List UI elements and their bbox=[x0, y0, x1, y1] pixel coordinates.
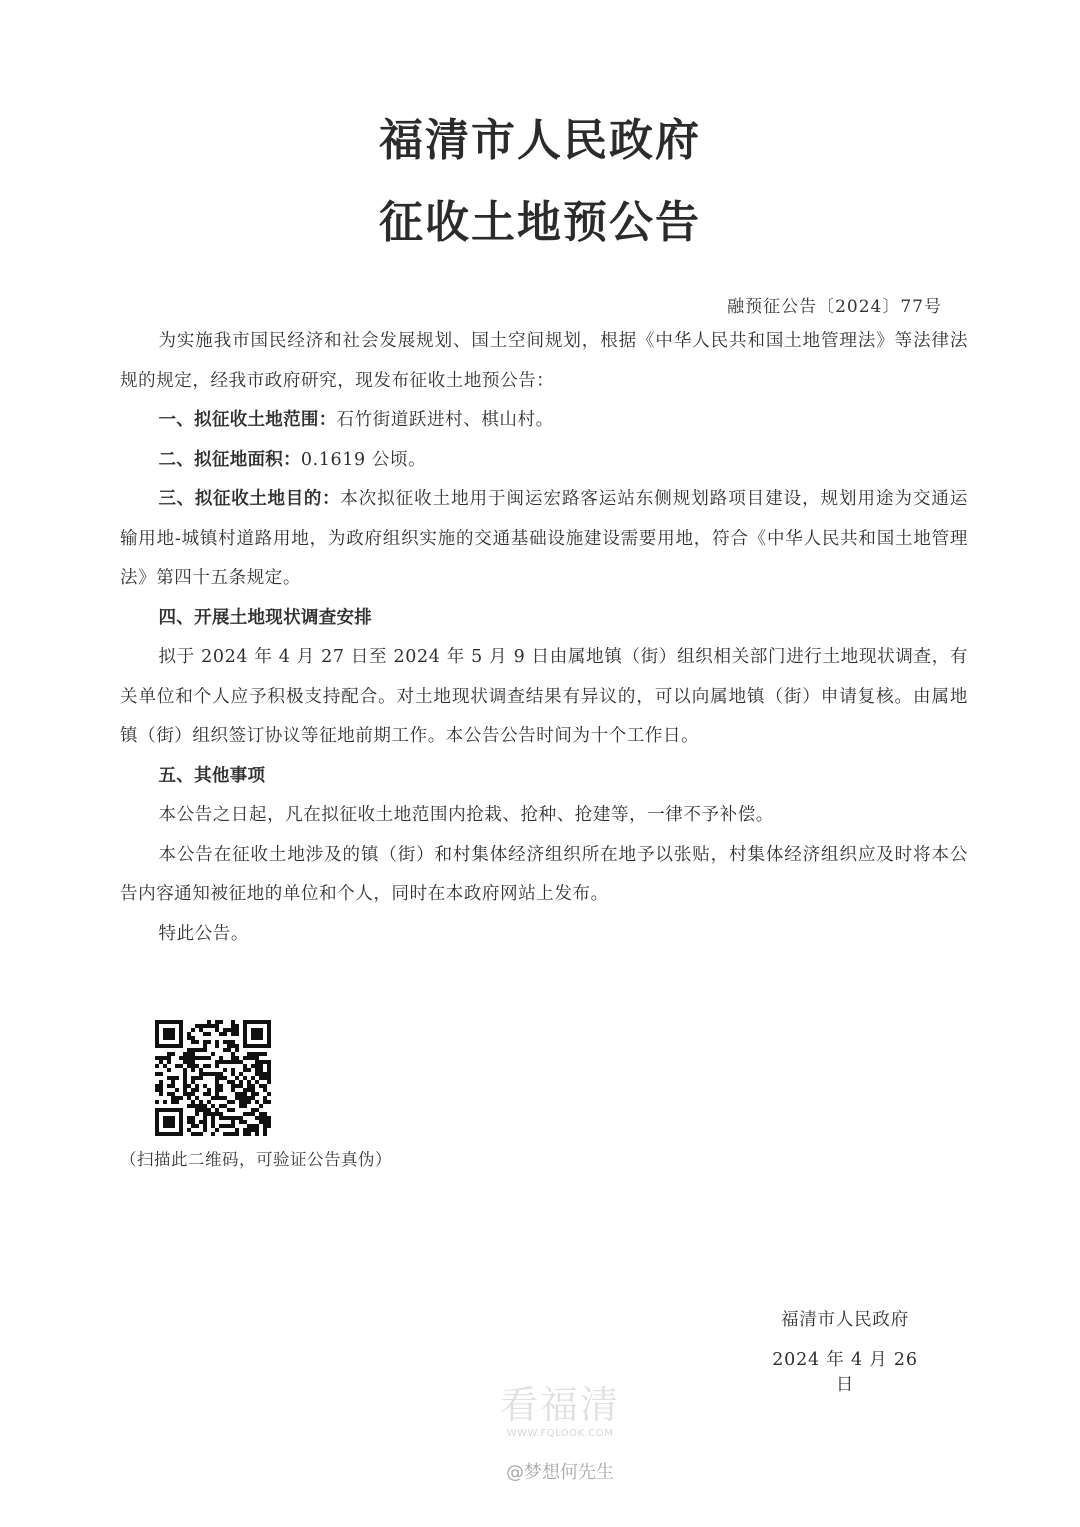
section-5-heading: 五、其他事项 bbox=[120, 757, 968, 797]
section-1-heading: 一、拟征收土地范围： bbox=[159, 410, 337, 430]
signing-organization: 福清市人民政府 bbox=[760, 1306, 930, 1331]
section-5-paragraph-1: 本公告之日起，凡在拟征收土地范围内抢栽、抢种、抢建等，一律不予补偿。 bbox=[120, 796, 968, 836]
section-1-text: 石竹街道跃进村、棋山村。 bbox=[337, 410, 554, 430]
qr-code-icon[interactable] bbox=[155, 1020, 271, 1136]
document-number: 融预征公告〔2024〕77号 bbox=[727, 292, 942, 317]
qr-caption: （扫描此二维码，可验证公告真伪） bbox=[120, 1146, 392, 1170]
section-4-heading: 四、开展土地现状调查安排 bbox=[120, 599, 968, 639]
signing-date: 2024 年 4 月 26 日 bbox=[760, 1346, 930, 1396]
closing-statement: 特此公告。 bbox=[120, 915, 968, 955]
intro-paragraph: 为实施我市国民经济和社会发展规划、国土空间规划，根据《中华人民共和国土地管理法》… bbox=[120, 322, 968, 401]
section-3-heading: 三、拟征收土地目的： bbox=[159, 489, 341, 509]
watermark-url: WWW.FQLOOK.COM bbox=[490, 1428, 630, 1439]
section-4-text: 拟于 2024 年 4 月 27 日至 2024 年 5 月 9 日由属地镇（街… bbox=[120, 638, 968, 757]
section-2-heading: 二、拟征地面积： bbox=[159, 450, 301, 470]
watermark-logo: 看福清 bbox=[490, 1385, 630, 1425]
document-title-line1: 福清市人民政府 bbox=[0, 104, 1080, 168]
document-body: 为实施我市国民经济和社会发展规划、国土空间规划，根据《中华人民共和国土地管理法》… bbox=[120, 322, 968, 954]
section-2: 二、拟征地面积：0.1619 公顷。 bbox=[120, 441, 968, 481]
section-2-text: 0.1619 公顷。 bbox=[301, 450, 426, 470]
document-title-line2: 征收土地预公告 bbox=[0, 186, 1080, 250]
section-5-paragraph-2: 本公告在征收土地涉及的镇（街）和村集体经济组织所在地予以张贴，村集体经济组织应及… bbox=[120, 836, 968, 915]
section-1: 一、拟征收土地范围：石竹街道跃进村、棋山村。 bbox=[120, 401, 968, 441]
watermark-username: @梦想何先生 bbox=[480, 1458, 640, 1484]
section-3: 三、拟征收土地目的：本次拟征收土地用于闽运宏路客运站东侧规划路项目建设，规划用途… bbox=[120, 480, 968, 599]
